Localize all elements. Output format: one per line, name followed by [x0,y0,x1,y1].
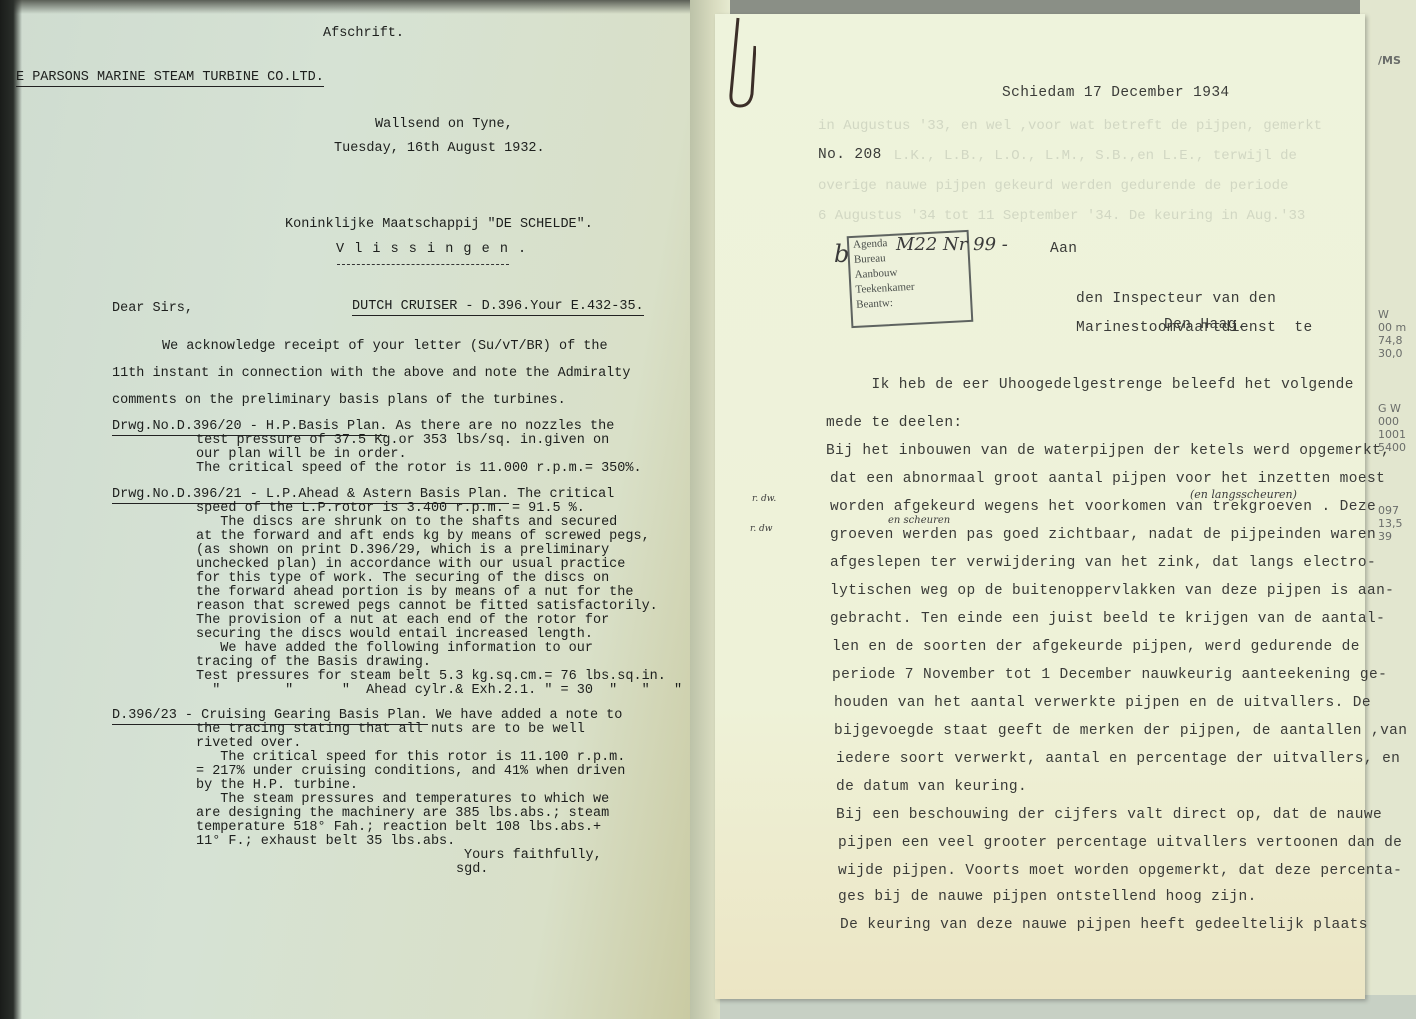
edge-note: G W 000 1001 5400 [1378,402,1406,454]
section-line: The critical speed of the rotor is 11.00… [196,462,642,476]
edge-note: W 00 m 74,8 30,0 [1378,308,1406,360]
section-line: speed of the L.P.rotor is 3.400 r.p.m. =… [196,502,585,516]
section-line: for this type of work. The securing of t… [196,572,609,586]
divider [337,264,509,265]
intro-line: comments on the preliminary basis plans … [112,394,566,408]
section-line: The steam pressures and temperatures to … [196,793,609,807]
body-line: dat een abnormaal groot aantal pijpen vo… [830,472,1385,486]
section-line: The critical speed for this rotor is 11.… [196,751,625,765]
section-heading-line: Drwg.No.D.396/20 - H.P.Basis Plan. As th… [112,420,614,434]
section-line: by the H.P. turbine. [196,779,358,793]
closing: Yours faithfully, [464,849,602,863]
section-line: Test pressures for steam belt 5.3 kg.sq.… [196,670,666,684]
section-line: at the forward and aft ends kg by means … [196,530,650,544]
section-line: reason that screwed pegs cannot be fitte… [196,600,658,614]
body-line: houden van het aantal verwerkte pijpen e… [834,696,1371,710]
section-line: 11° F.; exhaust belt 35 lbs.abs. [196,835,455,849]
body-line: iedere soort verwerkt, aantal en percent… [836,752,1400,766]
body-line: Bij het inbouwen van de waterpijpen der … [826,444,1390,458]
section-line: The discs are shrunk on to the shafts an… [196,516,617,530]
section-heading-line: Drwg.No.D.396/21 - L.P.Ahead & Astern Ba… [112,488,614,502]
subject-line: DUTCH CRUISER - D.396.Your E.432-35. [352,300,644,316]
intro-line: 11th instant in connection with the abov… [112,367,630,381]
section-heading-text: As there are no nozzles the [387,419,614,434]
section-line: = 217% under cruising conditions, and 41… [196,765,625,779]
section-line: securing the discs would entail increase… [196,628,593,642]
section-line: temperature 518° Fah.; reaction belt 108… [196,821,601,835]
salutation: Dear Sirs, [112,302,193,316]
body-line: afgeslepen ter verwijdering van het zink… [830,556,1376,570]
section-line: " " " Ahead cylr.& Exh.2.1. " = 30 " " " [196,684,682,698]
edge-note: 097 13,5 39 [1378,504,1403,543]
address-to: Aan [1050,242,1077,256]
body-line: ges bij de nauwe pijpen ontstellend hoog… [838,890,1257,904]
section-heading-text: The critical [509,487,614,502]
body-line: gebracht. Ten einde een juist beeld te k… [830,612,1385,626]
body-line: De keuring van deze nauwe pijpen heeft g… [840,918,1368,932]
section-line: The provision of a nut at each end of th… [196,614,609,628]
margin-annotation: r. dw. [752,494,776,504]
stamp-handwritten-number: M22 Nr 99 - [896,234,1008,255]
address-line: Den Haag. [1164,318,1246,332]
section-line: riveted over. [196,737,301,751]
body-line: Bij een beschouwing der cijfers valt dir… [836,808,1382,822]
body-line: len en de soorten der afgekeurde pijpen,… [832,640,1360,654]
handwritten-insert: en scheuren [888,515,950,526]
page-fold-shadow [0,0,700,14]
body-line: de datum van keuring. [836,780,1027,794]
letter-place-date: Schiedam 17 December 1934 [1002,86,1230,100]
body-line: wijde pijpen. Voorts moet worden opgemer… [838,864,1402,878]
handwritten-insert: (en langsscheuren) [1190,488,1297,501]
section-line: test pressure of 37.5 Kg.or 353 lbs/sq. … [196,434,609,448]
section-line: (as shown on print D.396/29, which is a … [196,544,609,558]
signature: sgd. [456,863,488,877]
body-line: groeven werden pas goed zichtbaar, nadat… [830,528,1376,542]
margin-annotation: r. dw [750,524,773,534]
bleed-through-text: L.K., L.B., L.O., L.M., S.B.,en L.E., te… [818,148,1297,164]
letter-number: No. 208 [818,148,882,162]
body-line: periode 7 November tot 1 December nauwke… [832,668,1387,682]
section-line: We have added the following information … [196,642,593,656]
copy-label: Afschrift. [323,27,404,41]
section-line: the tracing stating that all nuts are to… [196,723,585,737]
letter-date: Tuesday, 16th August 1932. [334,142,545,156]
edge-note: /MS [1378,54,1401,67]
section-heading-line: D.396/23 - Cruising Gearing Basis Plan. … [112,709,622,723]
binding-shadow [0,0,22,1019]
section-line: tracing of the Basis drawing. [196,656,431,670]
section-heading-text: We have added a note to [428,708,622,723]
bleed-through-text: in Augustus '33, en wel ,voor wat betref… [818,118,1322,134]
recipient-city: V l i s s i n g e n . [336,243,527,257]
section-line: the forward ahead portion is by means of… [196,586,633,600]
paperclip-icon [728,16,756,108]
section-line: are designing the machinery are 385 lbs.… [196,807,609,821]
margin-mark: b [834,240,849,268]
body-line: bijgevoegde staat geeft de merken der pi… [834,724,1407,738]
company-name: E PARSONS MARINE STEAM TURBINE CO.LTD. [16,71,324,87]
letter-place: Wallsend on Tyne, [375,118,513,132]
address-line: den Inspecteur van den [1076,292,1276,306]
section-line: unchecked plan) in accordance with our u… [196,558,625,572]
body-line: Ik heb de eer Uhoogedelgestrenge beleefd… [826,378,1354,392]
body-line: pijpen een veel grooter percentage uitva… [838,836,1402,850]
body-line: lytischen weg op de buitenoppervlakken v… [830,584,1394,598]
bleed-through-text: overige nauwe pijpen gekeurd werden gedu… [818,178,1288,194]
recipient-company: Koninklijke Maatschappij "DE SCHELDE". [285,218,593,232]
bleed-through-text: 6 Augustus '34 tot 11 September '34. De … [818,208,1305,224]
body-line: mede te deelen: [826,416,963,430]
intro-line: We acknowledge receipt of your letter (S… [162,340,608,354]
body-line: worden afgekeurd wegens het voorkomen va… [830,500,1376,514]
section-line: our plan will be in order. [196,448,407,462]
